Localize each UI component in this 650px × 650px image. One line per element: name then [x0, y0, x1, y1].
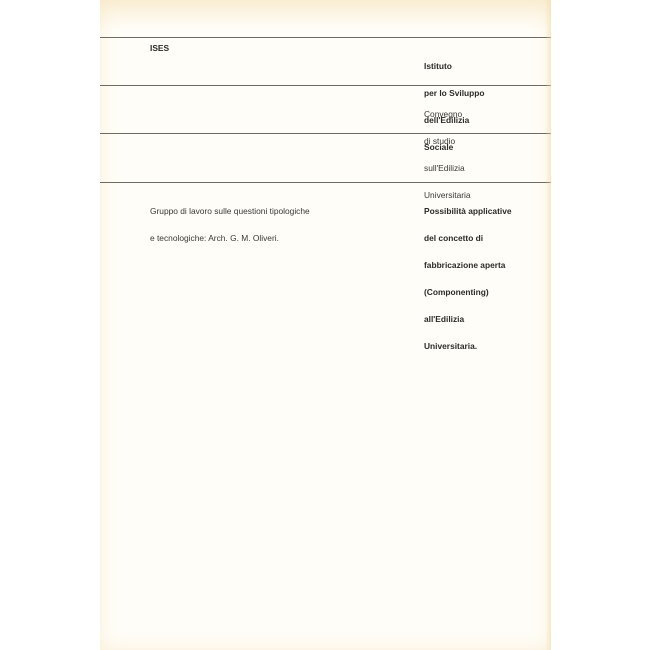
acronym-ises: ISES: [150, 44, 169, 53]
document-page: ISES Istituto per lo Sviluppo dell'Edili…: [100, 0, 551, 650]
rule-fourth: [100, 182, 551, 183]
paper-title-line: all'Edilizia: [424, 315, 512, 324]
paper-title: Possibilità applicative del concetto di …: [424, 189, 512, 369]
event-line: Convegno: [424, 110, 471, 119]
paper-title-line: fabbricazione aperta: [424, 261, 512, 270]
rule-second: [100, 85, 551, 86]
working-group-credit: Gruppo di lavoro sulle questioni tipolog…: [150, 189, 310, 261]
event-line: sull'Edilizia: [424, 164, 471, 173]
paper-title-line: (Componenting): [424, 288, 512, 297]
working-group-line: e tecnologiche: Arch. G. M. Oliveri.: [150, 234, 310, 243]
event-line: di studio: [424, 137, 471, 146]
rule-top: [100, 37, 551, 38]
rule-third: [100, 133, 551, 134]
paper-title-line: Possibilità applicative: [424, 207, 512, 216]
paper-title-line: del concetto di: [424, 234, 512, 243]
institute-line: Istituto: [424, 62, 485, 71]
paper-title-line: Universitaria.: [424, 342, 512, 351]
working-group-line: Gruppo di lavoro sulle questioni tipolog…: [150, 207, 310, 216]
